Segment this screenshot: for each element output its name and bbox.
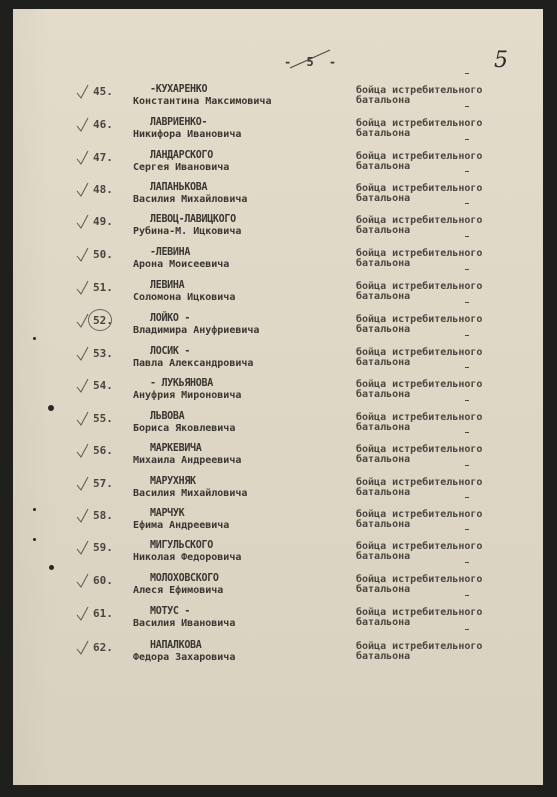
entry-role-unit: батальона xyxy=(356,651,410,662)
checkmark-icon xyxy=(76,280,90,296)
entry-number: 47. xyxy=(93,151,113,164)
entry-number: 45. xyxy=(93,85,113,98)
entry-role-unit: батальона xyxy=(356,161,410,172)
checkmark-icon xyxy=(76,182,90,198)
entry-surname: ЛЕВИНА xyxy=(150,280,184,292)
entry-role-unit: батальона xyxy=(356,584,410,595)
entry-number: 53. xyxy=(93,347,113,360)
checkmark-icon xyxy=(76,247,90,263)
entry-given-names: Константина Максимовича xyxy=(133,96,271,107)
entry-role-unit: батальона xyxy=(356,324,410,335)
divider-dash xyxy=(465,139,469,140)
list-item: 56. МАРКЕВИЧА Михаила Андреевича бойца и… xyxy=(0,443,557,475)
divider-dash xyxy=(465,595,469,596)
divider-dash xyxy=(465,529,469,530)
entry-number: 56. xyxy=(93,444,113,457)
checkmark-icon xyxy=(76,476,90,492)
entry-given-names: Сергея Ивановича xyxy=(133,162,229,173)
entry-role-unit: батальона xyxy=(356,128,410,139)
entry-number: 48. xyxy=(93,183,113,196)
entry-given-names: Николая Федоровича xyxy=(133,552,241,563)
entry-surname: МОЛОХОВСКОГО xyxy=(150,573,219,585)
divider-dash xyxy=(465,171,469,172)
entry-given-names: Никифора Ивановича xyxy=(133,129,241,140)
entry-role-unit: батальона xyxy=(356,617,410,628)
entry-surname: ЛАПАНЬКОВА xyxy=(150,182,207,194)
entry-surname: ЛАВРИЕНКО- xyxy=(150,117,207,129)
checkmark-icon xyxy=(76,411,90,427)
entry-number: 54. xyxy=(93,379,113,392)
checkmark-icon xyxy=(76,573,90,589)
entry-role-unit: батальона xyxy=(356,454,410,465)
entry-given-names: Михаила Андреевича xyxy=(133,455,241,466)
entry-role-unit: батальона xyxy=(356,551,410,562)
list-item: 57. МАРУХНЯК Василия Михайловича бойца и… xyxy=(0,476,557,508)
entry-surname: МАРКЕВИЧА xyxy=(150,443,202,455)
divider-dash xyxy=(465,367,469,368)
entry-role-unit: батальона xyxy=(356,389,410,400)
checkmark-icon xyxy=(76,214,90,230)
checkmark-icon xyxy=(76,378,90,394)
divider-dash xyxy=(465,562,469,563)
list-item: 47. ЛАНДАРСКОГО Сергея Ивановича бойца и… xyxy=(0,150,557,182)
entry-given-names: Бориса Яковлевича xyxy=(133,423,235,434)
pencil-stroke-icon xyxy=(288,48,332,70)
divider-dash xyxy=(465,269,469,270)
entry-given-names: Соломона Ицковича xyxy=(133,292,235,303)
list-item: 53. ЛОСИК - Павла Александровича бойца и… xyxy=(0,346,557,378)
entry-given-names: Василия Ивановича xyxy=(133,618,235,629)
divider-dash xyxy=(465,400,469,401)
checkmark-icon xyxy=(76,540,90,556)
entry-number: 50. xyxy=(93,248,113,261)
list-item: 49. ЛЕВОЦ-ЛАВИЦКОГО Рубина-М. Ицковича б… xyxy=(0,214,557,246)
list-item: 51. ЛЕВИНА Соломона Ицковича бойца истре… xyxy=(0,280,557,312)
entry-surname: -ЛЕВИНА xyxy=(150,247,190,259)
list-item: 60. МОЛОХОВСКОГО Алеся Ефимовича бойца и… xyxy=(0,573,557,605)
entry-surname: ЛОЙКО - xyxy=(150,313,190,325)
list-item: 62. НАПАЛКОВА Федора Захаровича бойца ис… xyxy=(0,640,557,672)
list-item: 54. - ЛУКЬЯНОВА Ануфрия Мироновича бойца… xyxy=(0,378,557,410)
entry-surname: ЛЕВОЦ-ЛАВИЦКОГО xyxy=(150,214,236,226)
divider-dash xyxy=(465,629,469,630)
entry-number: 60. xyxy=(93,574,113,587)
entry-role-unit: батальона xyxy=(356,357,410,368)
divider-dash xyxy=(465,73,469,74)
entry-number: 62. xyxy=(93,641,113,654)
entry-given-names: Арона Моисеевича xyxy=(133,259,229,270)
checkmark-icon xyxy=(76,117,90,133)
entry-given-names: Василия Михайловича xyxy=(133,194,247,205)
divider-dash xyxy=(465,106,469,107)
entry-surname: - ЛУКЬЯНОВА xyxy=(150,378,213,390)
list-item: 48. ЛАПАНЬКОВА Василия Михайловича бойца… xyxy=(0,182,557,214)
entry-number: 59. xyxy=(93,541,113,554)
entry-number: 52. xyxy=(93,314,113,327)
entry-number: 49. xyxy=(93,215,113,228)
entry-number: 61. xyxy=(93,607,113,620)
entry-role-unit: батальона xyxy=(356,225,410,236)
entry-given-names: Ануфрия Мироновича xyxy=(133,390,241,401)
entry-given-names: Ефима Андреевича xyxy=(133,520,229,531)
list-item: 50. -ЛЕВИНА Арона Моисеевича бойца истре… xyxy=(0,247,557,279)
list-item: 52. ЛОЙКО - Владимира Ануфриевича бойца … xyxy=(0,313,557,345)
entry-given-names: Владимира Ануфриевича xyxy=(133,325,259,336)
list-item: 55. ЛЬВОВА Бориса Яковлевича бойца истре… xyxy=(0,411,557,443)
list-item: 46. ЛАВРИЕНКО- Никифора Ивановича бойца … xyxy=(0,117,557,149)
entry-surname: -КУХАРЕНКО xyxy=(150,84,207,96)
entry-given-names: Рубина-М. Ицковича xyxy=(133,226,241,237)
entry-number: 46. xyxy=(93,118,113,131)
entry-given-names: Федора Захаровича xyxy=(133,652,235,663)
divider-dash xyxy=(465,302,469,303)
divider-dash xyxy=(465,497,469,498)
entry-given-names: Алеся Ефимовича xyxy=(133,585,223,596)
entry-role-unit: батальона xyxy=(356,291,410,302)
checkmark-icon xyxy=(76,606,90,622)
divider-dash xyxy=(465,432,469,433)
entry-number: 57. xyxy=(93,477,113,490)
entry-role-unit: батальона xyxy=(356,422,410,433)
entry-role-unit: батальона xyxy=(356,487,410,498)
entry-role-unit: батальона xyxy=(356,519,410,530)
entry-number: 55. xyxy=(93,412,113,425)
entry-surname: ЛОСИК - xyxy=(150,346,190,358)
entry-surname: МАРЧУК xyxy=(150,508,184,520)
entry-surname: МАРУХНЯК xyxy=(150,476,196,488)
divider-dash xyxy=(465,203,469,204)
entry-role-unit: батальона xyxy=(356,193,410,204)
entry-number: 58. xyxy=(93,509,113,522)
entry-surname: МОТУС - xyxy=(150,606,190,618)
entry-surname: НАПАЛКОВА xyxy=(150,640,202,652)
handwritten-page-number: 5 xyxy=(494,48,508,73)
divider-dash xyxy=(465,465,469,466)
divider-dash xyxy=(465,236,469,237)
entry-surname: ЛАНДАРСКОГО xyxy=(150,150,213,162)
list-item: 58. МАРЧУК Ефима Андреевича бойца истреб… xyxy=(0,508,557,540)
divider-dash xyxy=(465,335,469,336)
checkmark-icon xyxy=(76,84,90,100)
entry-number: 51. xyxy=(93,281,113,294)
entry-given-names: Василия Михайловича xyxy=(133,488,247,499)
checkmark-icon xyxy=(76,640,90,656)
list-item: 61. МОТУС - Василия Ивановича бойца истр… xyxy=(0,606,557,638)
entry-role-unit: батальона xyxy=(356,95,410,106)
entry-given-names: Павла Александровича xyxy=(133,358,253,369)
checkmark-icon xyxy=(76,346,90,362)
checkmark-icon xyxy=(76,508,90,524)
entry-surname: ЛЬВОВА xyxy=(150,411,184,423)
list-item: 45. -КУХАРЕНКО Константина Максимовича б… xyxy=(0,84,557,116)
checkmark-icon xyxy=(76,443,90,459)
checkmark-icon xyxy=(76,150,90,166)
entry-role-unit: батальона xyxy=(356,258,410,269)
entry-surname: МИГУЛЬСКОГО xyxy=(150,540,213,552)
list-item: 59. МИГУЛЬСКОГО Николая Федоровича бойца… xyxy=(0,540,557,572)
